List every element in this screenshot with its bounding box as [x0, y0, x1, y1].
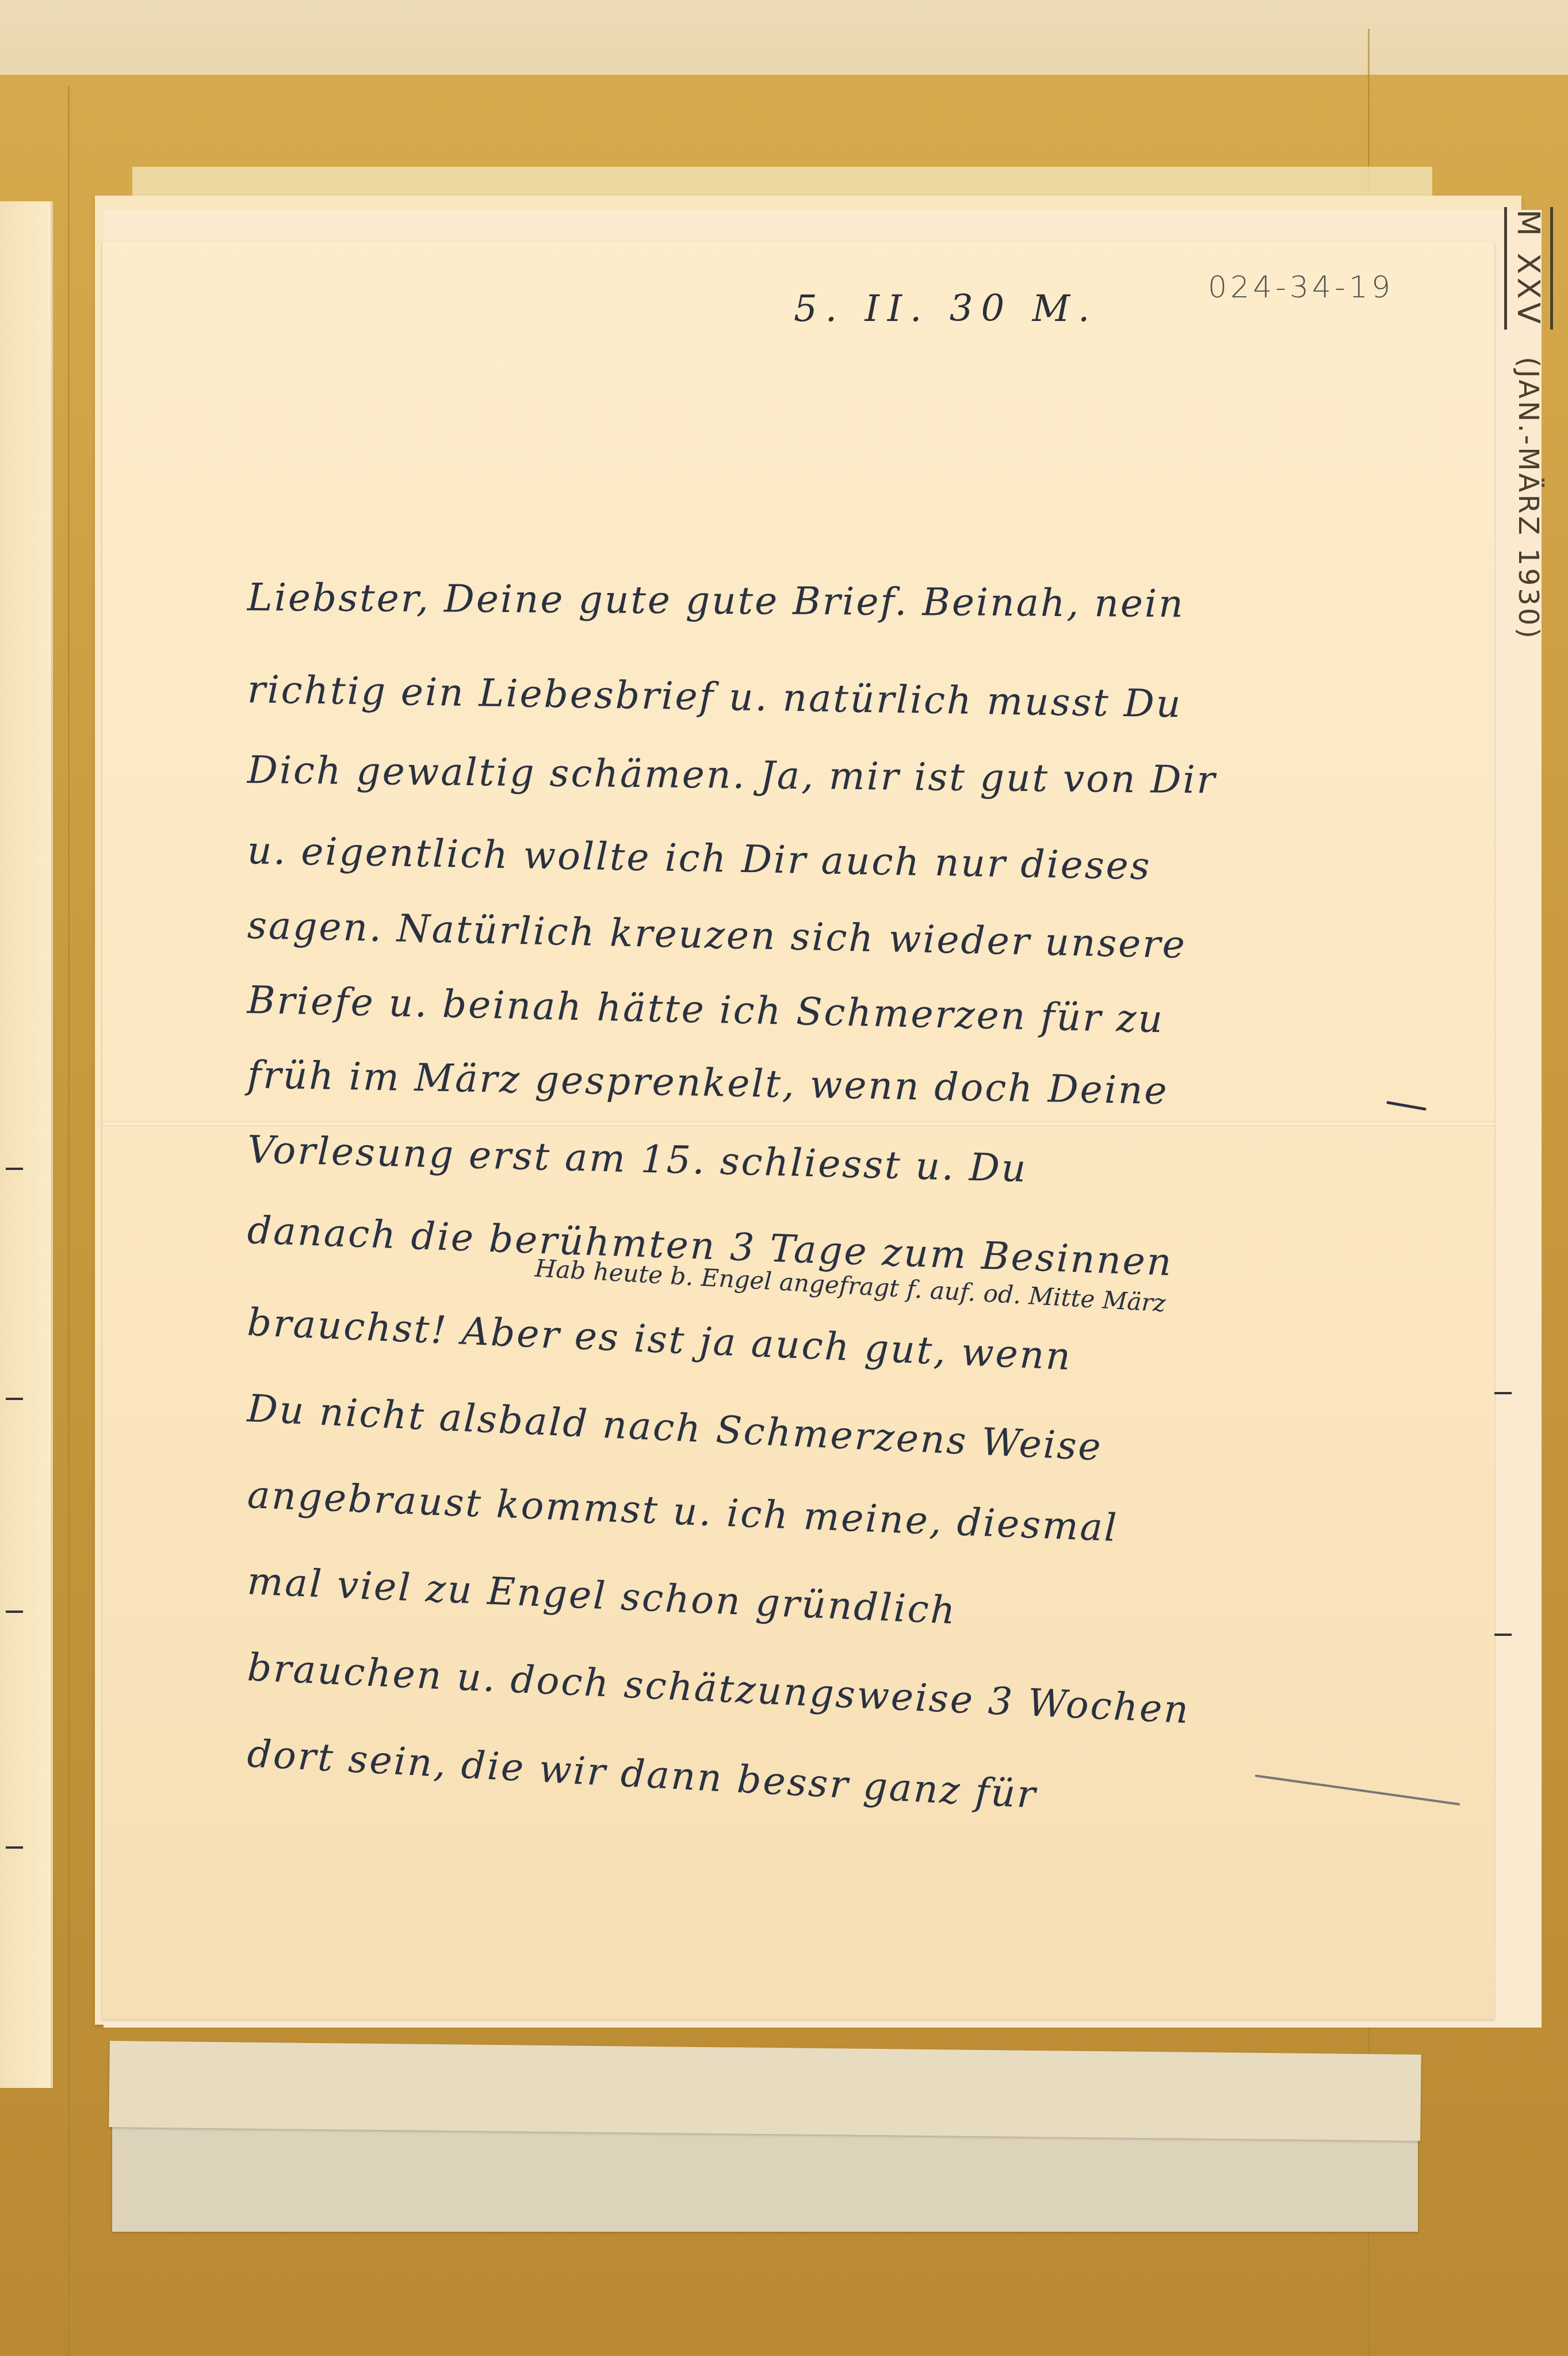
- tissue-interleaf: [109, 2041, 1421, 2141]
- page-edge-mark: [6, 1398, 23, 1400]
- adjacent-document-stack: [0, 201, 53, 2088]
- letter-date: 5. II. 30 M.: [794, 288, 1097, 330]
- page-edge-mark: [6, 1168, 23, 1170]
- date-range-label: (JAN.-MÄRZ 1930): [1512, 357, 1544, 641]
- folder-crease: [68, 86, 70, 2356]
- archive-number: 024-34-19: [1208, 270, 1394, 305]
- page-edge-mark: [1494, 1392, 1512, 1394]
- folder-spine-label: M XXV (JAN.-MÄRZ 1930): [1504, 207, 1562, 920]
- letter-line: Liebster, Deine gute gute Brief. Beinah,…: [247, 575, 1185, 626]
- page-edge-mark: [6, 1846, 23, 1849]
- page-edge-mark: [6, 1611, 23, 1613]
- paper-fold: [102, 1122, 1494, 1126]
- volume-label: M XXV: [1504, 207, 1553, 330]
- page-edge-mark: [1494, 1634, 1512, 1636]
